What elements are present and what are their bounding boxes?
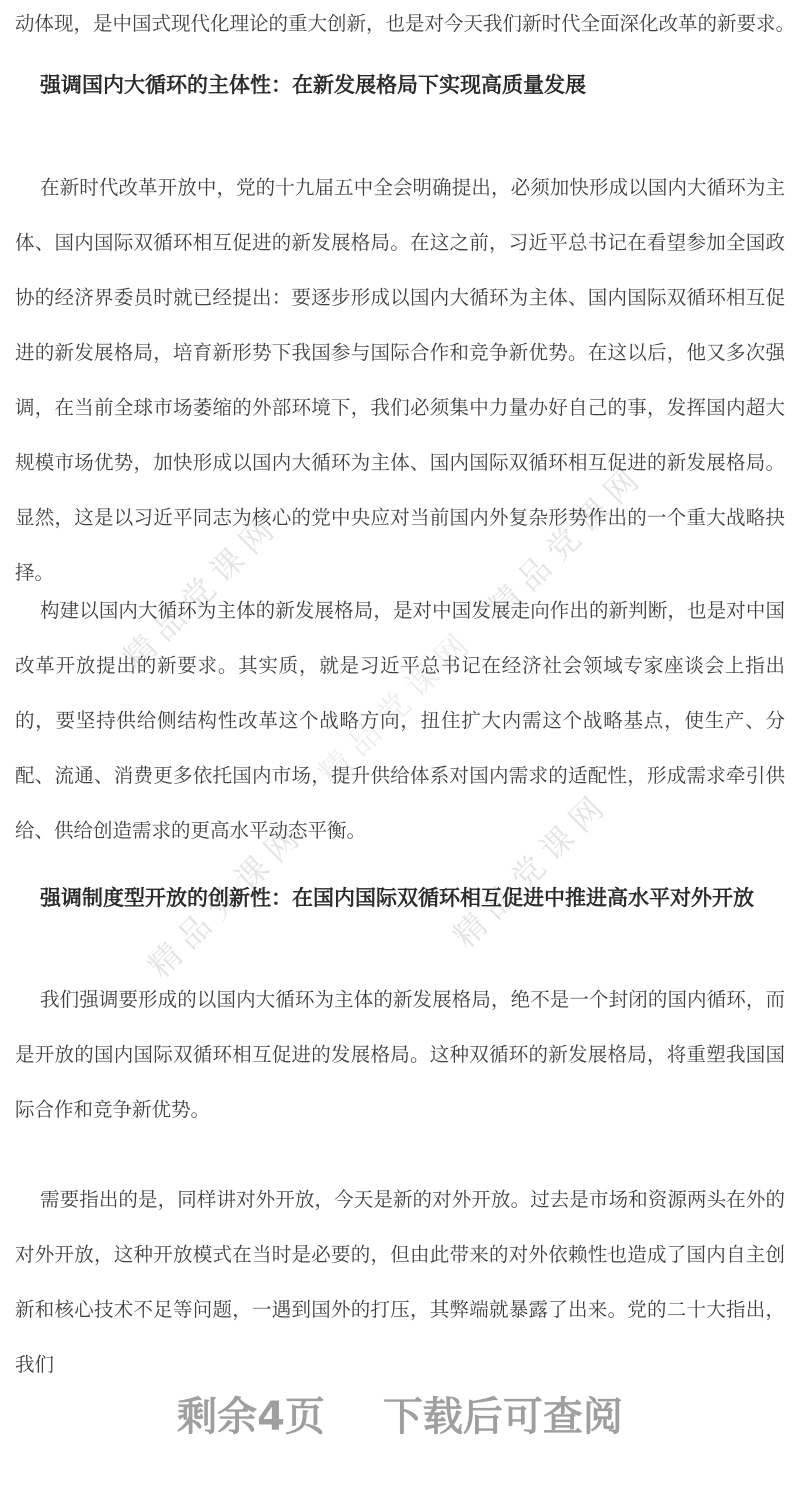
remaining-pages-note: 剩余4页 下载后可查阅 <box>0 1392 800 1442</box>
paragraph-1: 在新时代改革开放中，党的十九届五中全会明确提出，必须加快形成以国内大循环为主体、… <box>15 160 785 600</box>
paragraph-4-clipped: 需要指出的是，同样讲对外开放，今天是新的对外开放。过去是市场和资源两头在外的对外… <box>15 1172 785 1392</box>
document-preview-page: 精品党课网 精品党课网 精品党课网 精品党课网 精品党课网 动体现，是中国式现代… <box>0 0 800 1499</box>
paragraph-2: 构建以国内大循环为主体的新发展格局，是对中国发展走向作出的新判断，也是对中国改革… <box>15 583 785 858</box>
paragraph-3: 我们强调要形成的以国内大循环为主体的新发展格局，绝不是一个封闭的国内循环，而是开… <box>15 972 785 1137</box>
download-to-view-hint: 下载后可查阅 <box>383 1392 623 1442</box>
intro-line-clipped: 动体现，是中国式现代化理论的重大创新，也是对今天我们新时代全面深化改革的新要求。 <box>15 0 785 51</box>
section-heading-institutional-opening: 强调制度型开放的创新性：在国内国际双循环相互促进中推进高水平对外开放 <box>40 883 785 913</box>
section-heading-domestic-circulation: 强调国内大循环的主体性：在新发展格局下实现高质量发展 <box>40 70 785 100</box>
remaining-pages-count: 剩余4页 <box>177 1392 325 1442</box>
